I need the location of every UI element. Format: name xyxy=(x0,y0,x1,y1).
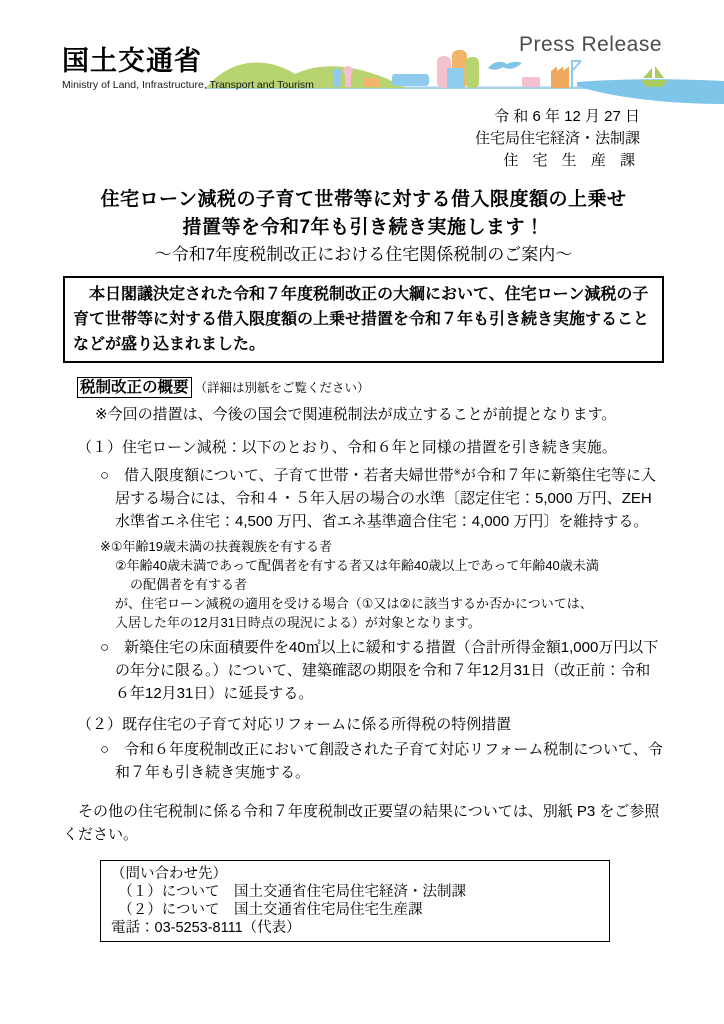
department-2: 住 宅 生 産 課 xyxy=(63,150,640,172)
pink-train-icon xyxy=(522,77,540,87)
molit-logo-subtitle: Ministry of Land, Infrastructure, Transp… xyxy=(62,79,314,91)
overview-label: 税制改正の概要 xyxy=(77,377,192,398)
press-release-label: Press Release xyxy=(519,33,662,57)
train-icon xyxy=(392,74,429,86)
overview-label-note: （詳細は別紙をご覧ください） xyxy=(195,381,370,395)
page: 国土交通省 Ministry of Land, Infrastructure, … xyxy=(0,0,724,1024)
section1-item2: ○ 新築住宅の床面積要件を40㎡以上に緩和する措置（合計所得金額1,000万円以… xyxy=(115,636,664,705)
title-subtitle: ～令和7年度税制改正における住宅関係税制のご案内～ xyxy=(63,243,664,267)
factory-icon xyxy=(551,61,581,88)
release-date: 令 和 6 年 12 月 27 日 xyxy=(63,106,640,128)
contact-line-2: （２）について 国土交通省住宅局住宅生産課 xyxy=(111,901,599,919)
section1-item1-text: ○ 借入限度額について、子育て世帯・若者夫婦世帯 xyxy=(100,467,453,484)
footnote-line-4: が、住宅ローン減税の適用を受ける場合（①又は②に該当するか否かについては、 xyxy=(115,594,664,613)
footnote-line-3: の配偶者を有する者 xyxy=(130,575,664,594)
contact-heading: （問い合わせ先） xyxy=(111,865,599,883)
molit-logo-title: 国土交通省 xyxy=(62,46,314,76)
department-1: 住宅局住宅経済・法制課 xyxy=(63,128,640,150)
overview-heading-row: 税制改正の概要（詳細は別紙をご覧ください） xyxy=(77,376,664,400)
title-line-1: 住宅ローン減税の子育て世帯等に対する借入限度額の上乗せ xyxy=(63,186,664,214)
section1-footnote: ※①年齢19歳未満の扶養親族を有する者 ②年齢40歳未満であって配偶者を有する者… xyxy=(63,537,664,632)
summary-text: 本日閣議決定された令和７年度税制改正の大綱において、住宅ローン減税の子育て世帯等… xyxy=(73,282,654,357)
footnote-line-2: ②年齢40歳未満であって配偶者を有する者又は年齢40歳以上であって年齢40歳未満 xyxy=(115,556,664,575)
section2-item1: ○ 令和６年度税制改正において創設された子育て対応リフォーム税制について、令和７… xyxy=(115,738,664,784)
buildings-icon xyxy=(437,50,479,88)
contact-box: （問い合わせ先） （１）について 国土交通省住宅局住宅経済・法制課 （２）につい… xyxy=(100,860,610,942)
bird-icon xyxy=(488,62,522,70)
document-title: 住宅ローン減税の子育て世帯等に対する借入限度額の上乗せ 措置等を令和7年も引き続… xyxy=(63,186,664,267)
closing-paragraph: その他の住宅税制に係る令和７年度税制改正要望の結果については、別紙 P3 をご参… xyxy=(63,800,664,846)
contact-line-1: （１）について 国土交通省住宅局住宅経済・法制課 xyxy=(111,883,599,901)
section1-heading: （１）住宅ローン減税：以下のとおり、令和６年と同様の措置を引き続き実施。 xyxy=(77,436,664,459)
contact-phone: 電話：03-5253-8111（代表） xyxy=(111,919,599,937)
document-body: 令 和 6 年 12 月 27 日 住宅局住宅経済・法制課 住 宅 生 産 課 … xyxy=(63,106,664,942)
molit-logo: 国土交通省 Ministry of Land, Infrastructure, … xyxy=(62,46,314,91)
title-line-2: 措置等を令和7年も引き続き実施します！ xyxy=(63,214,664,242)
house-icon xyxy=(364,78,379,87)
section2-heading: （２）既存住宅の子育て対応リフォームに係る所得税の特例措置 xyxy=(77,713,664,736)
summary-box: 本日閣議決定された令和７年度税制改正の大綱において、住宅ローン減税の子育て世帯等… xyxy=(63,276,664,363)
boat-icon xyxy=(641,66,668,87)
date-department-block: 令 和 6 年 12 月 27 日 住宅局住宅経済・法制課 住 宅 生 産 課 xyxy=(63,106,664,172)
section1-item1-superscript: ※ xyxy=(453,467,461,477)
footnote-line-1: ※①年齢19歳未満の扶養親族を有する者 xyxy=(100,537,664,556)
header: 国土交通省 Ministry of Land, Infrastructure, … xyxy=(0,0,724,110)
section1-item1: ○ 借入限度額について、子育て世帯・若者夫婦世帯※が令和７年に新築住宅等に入居す… xyxy=(115,461,664,533)
footnote-line-5: 入居した年の12月31日時点の現況による）が対象となります。 xyxy=(115,613,664,632)
premise-note: ※今回の措置は、今後の国会で関連税制法が成立することが前提となります。 xyxy=(95,404,664,426)
